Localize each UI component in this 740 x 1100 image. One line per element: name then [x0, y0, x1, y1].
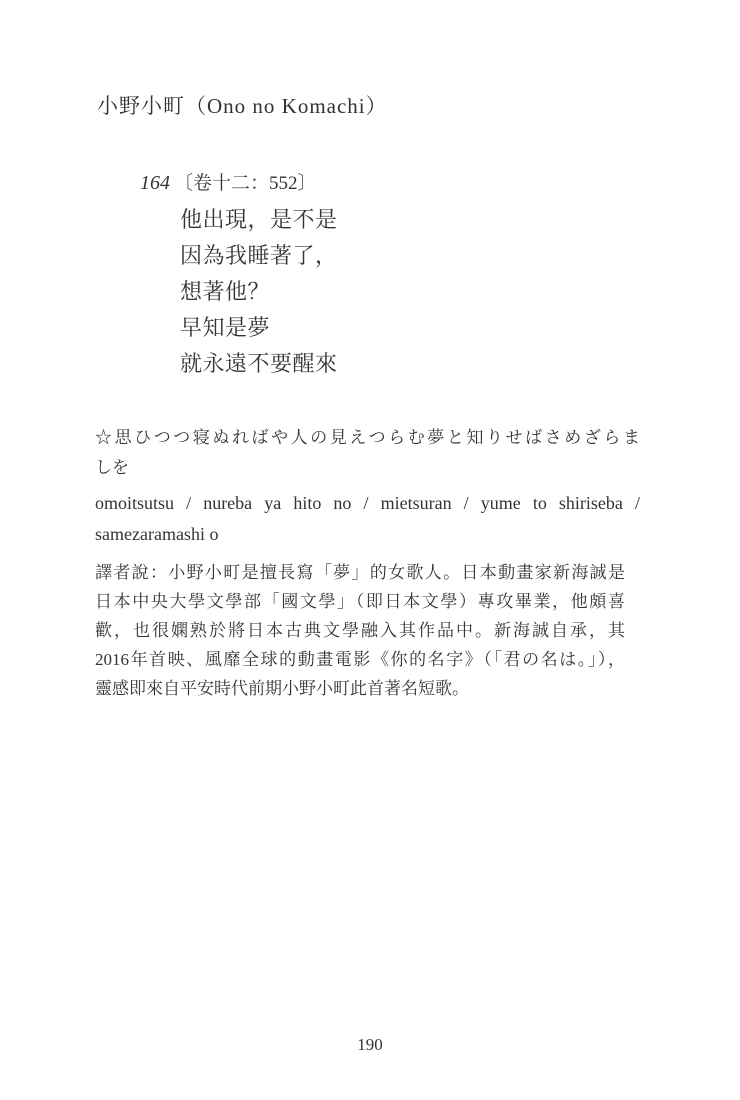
- translator-note: 譯者說：小野小町是擅長寫「夢」的女歌人。日本動畫家新海誠是 日本中央大學文學部「…: [95, 558, 625, 703]
- translator-note-line: 日本中央大學文學部「國文學」（即日本文學）專攻畢業，他頗喜: [95, 587, 625, 616]
- poem-original-line: しを: [95, 453, 640, 483]
- poem-number: 164: [140, 172, 170, 194]
- poem-source-ref: 〔卷十二：552〕: [174, 173, 317, 194]
- translator-note-line: 2016年首映、風靡全球的動畫電影《你的名字》（「君の名は。」），: [95, 645, 625, 674]
- poem-translation: 他出現，是不是 因為我睡著了， 想著他？ 早知是夢 就永遠不要醒來: [180, 202, 338, 382]
- page-number: 190: [0, 1035, 740, 1055]
- poem-original-japanese: ☆思ひつつ寝ぬればや人の見えつらむ夢と知りせばさめざらま しを: [95, 423, 640, 483]
- poem-romaji-line: omoitsutsu / nureba ya hito no / mietsur…: [95, 488, 640, 519]
- poem-translation-line: 他出現，是不是: [180, 202, 338, 238]
- poem-romaji-line: samezaramashi o: [95, 519, 640, 550]
- poem-translation-line: 早知是夢: [180, 310, 338, 346]
- poem-translation-line: 想著他？: [180, 274, 338, 310]
- poem-romaji: omoitsutsu / nureba ya hito no / mietsur…: [95, 488, 640, 550]
- translator-note-line: 靈感即來自平安時代前期小野小町此首著名短歌。: [95, 674, 625, 703]
- poem-translation-line: 因為我睡著了，: [180, 238, 338, 274]
- translator-note-line: 歡，也很嫻熟於將日本古典文學融入其作品中。新海誠自承，其: [95, 616, 625, 645]
- poet-heading: 小野小町（Ono no Komachi）: [97, 93, 388, 119]
- poem-translation-line: 就永遠不要醒來: [180, 346, 338, 382]
- translator-note-line: 譯者說：小野小町是擅長寫「夢」的女歌人。日本動畫家新海誠是: [95, 558, 625, 587]
- poem-header: 164〔卷十二：552〕: [140, 170, 317, 197]
- book-page: 小野小町（Ono no Komachi） 164〔卷十二：552〕 他出現，是不…: [0, 0, 740, 1100]
- poem-original-line: ☆思ひつつ寝ぬればや人の見えつらむ夢と知りせばさめざらま: [95, 423, 640, 453]
